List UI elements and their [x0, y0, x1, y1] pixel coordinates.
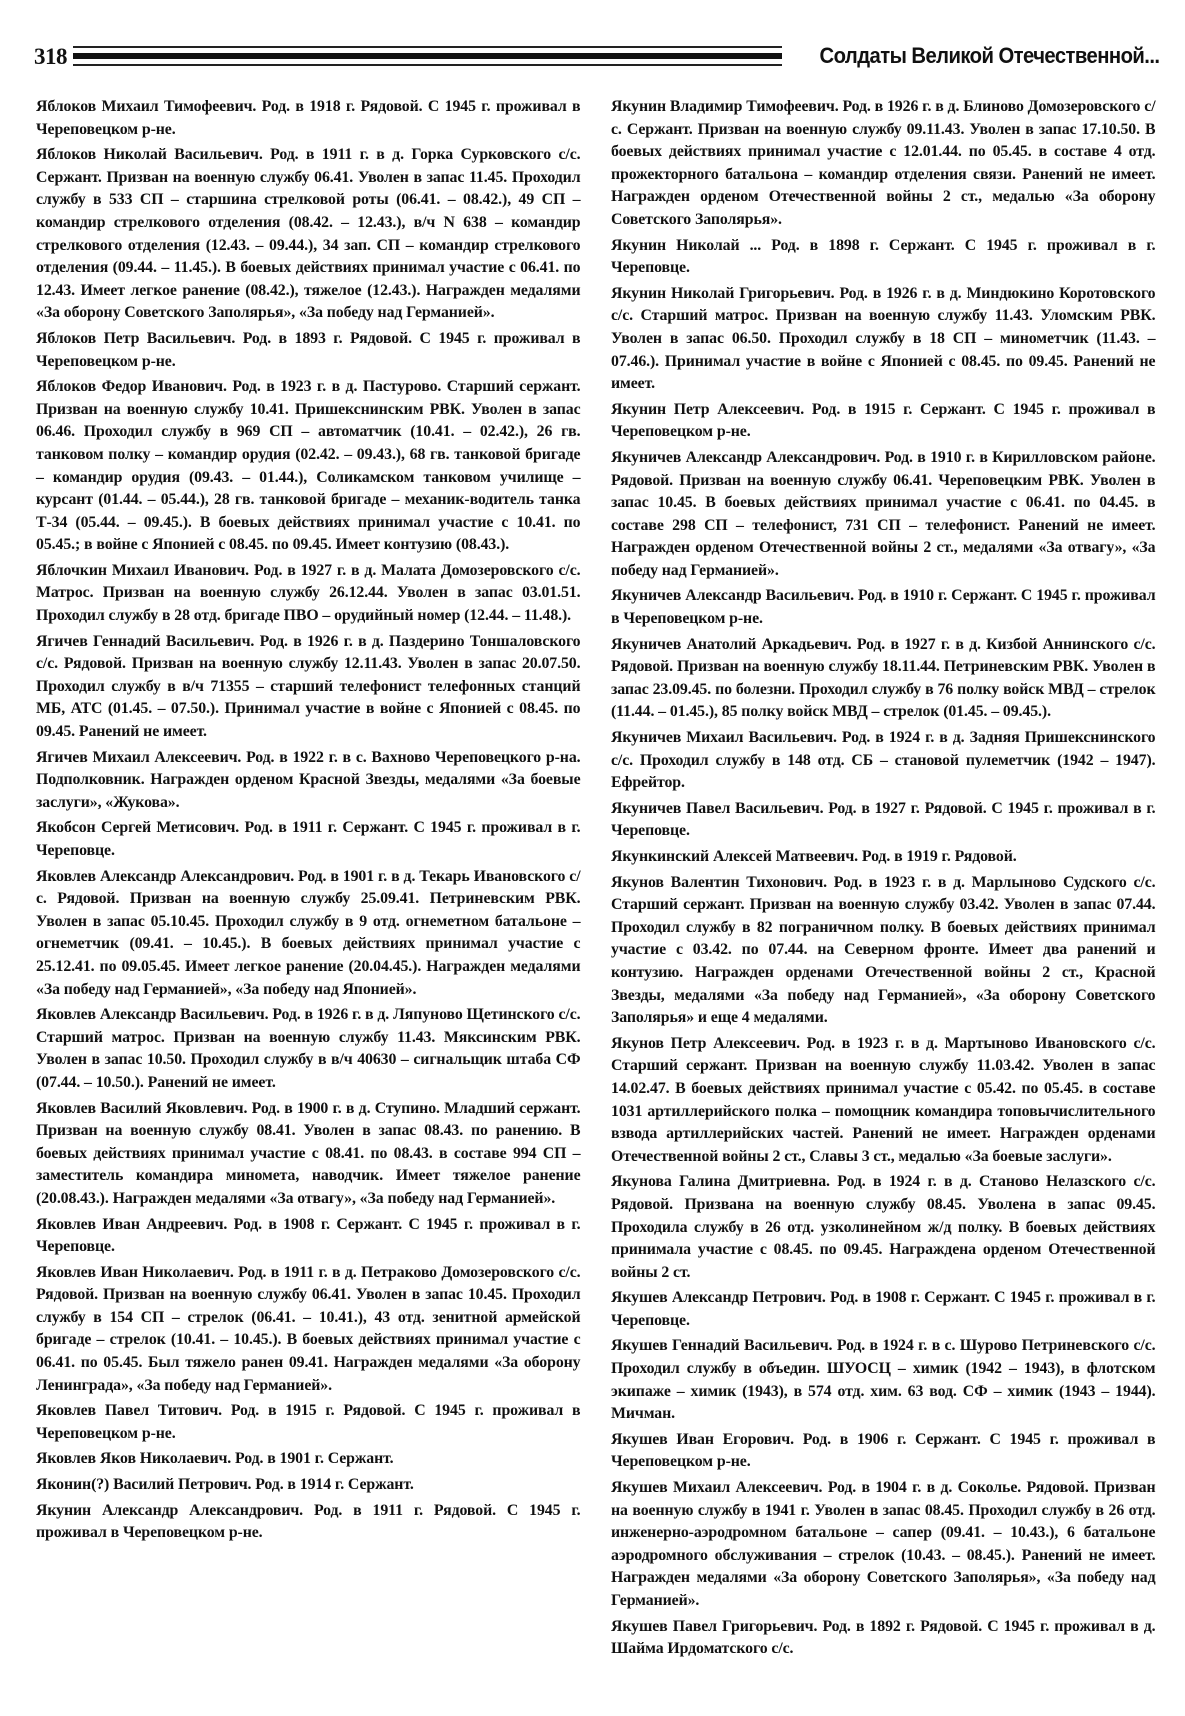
biography-entry: Якушев Иван Егорович. Род. в 1906 г. Сер…	[611, 1429, 1156, 1474]
biography-entry: Якуничев Михаил Васильевич. Род. в 1924 …	[611, 727, 1156, 795]
biography-entry: Якунов Валентин Тихонович. Род. в 1923 г…	[611, 872, 1156, 1030]
biography-entry: Яковлев Павел Титович. Род. в 1915 г. Ря…	[36, 1400, 581, 1445]
right-column: Якунин Владимир Тимофеевич. Род. в 1926 …	[611, 96, 1161, 1664]
biography-entry: Якунова Галина Дмитриевна. Род. в 1924 г…	[611, 1171, 1156, 1284]
biography-entry: Яблоков Николай Васильевич. Род. в 1911 …	[36, 144, 581, 325]
biography-entry: Яковлев Иван Андреевич. Род. в 1908 г. С…	[36, 1214, 581, 1259]
biography-entry: Якунин Владимир Тимофеевич. Род. в 1926 …	[611, 96, 1156, 232]
biography-entry: Якунов Петр Алексеевич. Род. в 1923 г. в…	[611, 1033, 1156, 1169]
biography-entry: Якунин Николай Григорьевич. Род. в 1926 …	[611, 283, 1156, 396]
biography-entry: Яконин(?) Василий Петрович. Род. в 1914 …	[36, 1474, 581, 1497]
biography-entry: Яковлев Александр Васильевич. Род. в 192…	[36, 1004, 581, 1094]
biography-entry: Якуничев Павел Васильевич. Род. в 1927 г…	[611, 798, 1156, 843]
decorative-rules	[73, 46, 782, 66]
biography-entry: Якунин Александр Александрович. Род. в 1…	[36, 1500, 581, 1545]
biography-entry: Якушев Геннадий Васильевич. Род. в 1924 …	[611, 1335, 1156, 1425]
text-columns: Яблоков Михаил Тимофеевич. Род. в 1918 г…	[36, 96, 1161, 1664]
rule-middle	[73, 53, 782, 59]
rule-bottom	[73, 64, 782, 66]
biography-entry: Якункинский Алексей Матвеевич. Род. в 19…	[611, 846, 1156, 869]
left-column: Яблоков Михаил Тимофеевич. Род. в 1918 г…	[36, 96, 586, 1664]
biography-entry: Яблоков Федор Иванович. Род. в 1923 г. в…	[36, 376, 581, 557]
biography-entry: Яблочкин Михаил Иванович. Род. в 1927 г.…	[36, 560, 581, 628]
biography-entry: Якунин Николай ... Род. в 1898 г. Сержан…	[611, 235, 1156, 280]
biography-entry: Ягичев Михаил Алексеевич. Род. в 1922 г.…	[36, 747, 581, 815]
running-title: Солдаты Великой Отечественной...	[819, 43, 1159, 69]
biography-entry: Ягичев Геннадий Васильевич. Род. в 1926 …	[36, 631, 581, 744]
biography-entry: Якобсон Сергей Метисович. Род. в 1911 г.…	[36, 817, 581, 862]
biography-entry: Яковлев Иван Николаевич. Род. в 1911 г. …	[36, 1262, 581, 1398]
biography-entry: Якуничев Анатолий Аркадьевич. Род. в 192…	[611, 634, 1156, 724]
biography-entry: Яковлев Яков Николаевич. Род. в 1901 г. …	[36, 1448, 581, 1471]
biography-entry: Якунин Петр Алексеевич. Род. в 1915 г. С…	[611, 399, 1156, 444]
rule-top	[73, 46, 782, 48]
biography-entry: Яблоков Петр Васильевич. Род. в 1893 г. …	[36, 328, 581, 373]
biography-entry: Яковлев Василий Яковлевич. Род. в 1900 г…	[36, 1098, 581, 1211]
page-header: 318 Солдаты Великой Отечественной...	[34, 36, 1159, 76]
biography-entry: Якушев Александр Петрович. Род. в 1908 г…	[611, 1287, 1156, 1332]
biography-entry: Яковлев Александр Александрович. Род. в …	[36, 866, 581, 1002]
biography-entry: Яблоков Михаил Тимофеевич. Род. в 1918 г…	[36, 96, 581, 141]
page-number: 318	[34, 45, 67, 68]
biography-entry: Якушев Михаил Алексеевич. Род. в 1904 г.…	[611, 1477, 1156, 1613]
biography-entry: Якуничев Александр Александрович. Род. в…	[611, 447, 1156, 583]
biography-entry: Якушев Павел Григорьевич. Род. в 1892 г.…	[611, 1616, 1156, 1661]
biography-entry: Якуничев Александр Васильевич. Род. в 19…	[611, 585, 1156, 630]
